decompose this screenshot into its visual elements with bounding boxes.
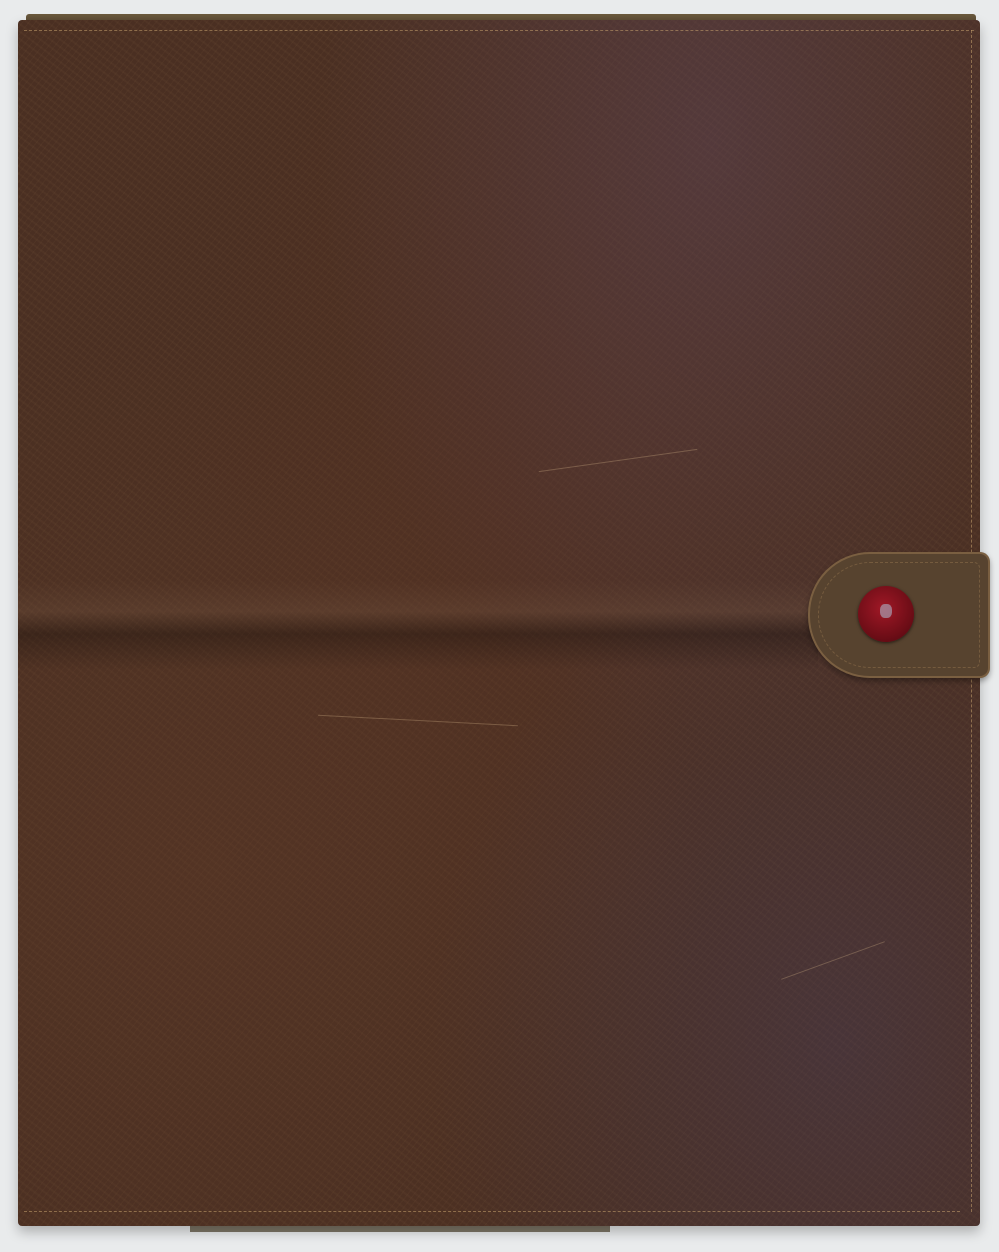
top-stitching <box>24 30 974 31</box>
scratch-mark <box>781 941 885 980</box>
scratch-mark <box>539 449 698 472</box>
scratch-mark <box>318 715 518 726</box>
bottom-stitching <box>24 1211 960 1212</box>
photo-scene <box>0 0 999 1252</box>
red-snap-button <box>858 586 914 642</box>
horizontal-crease <box>18 580 818 670</box>
closure-strap <box>808 552 990 678</box>
button-glint <box>880 604 892 618</box>
